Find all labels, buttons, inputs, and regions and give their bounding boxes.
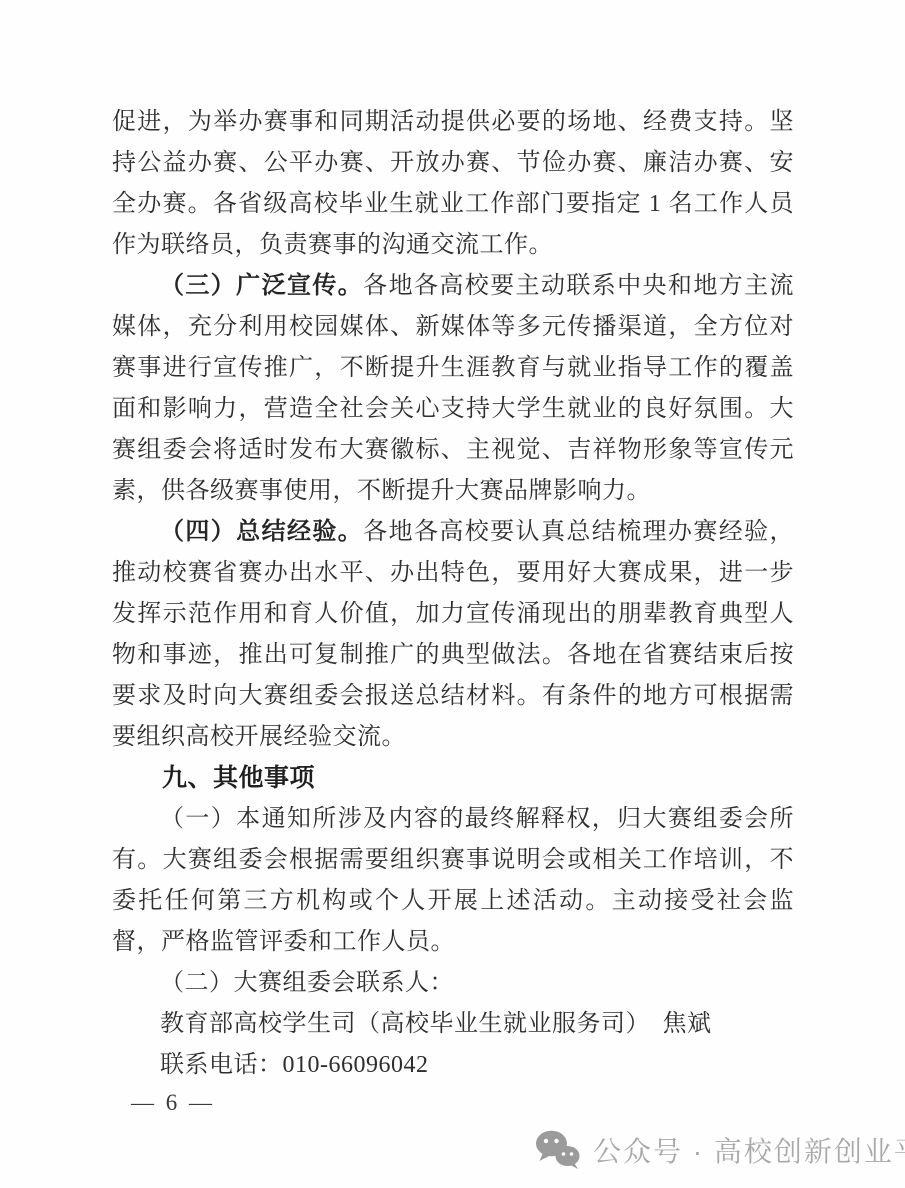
- paragraph-text: 各地各高校要主动联系中央和地方主流媒体，充分利用校园媒体、新媒体等多元传播渠道，…: [112, 273, 794, 504]
- paragraph-text: （二）大赛组委会联系人：: [160, 970, 454, 996]
- paragraph-text: （一）本通知所涉及内容的最终解释权，归大赛组委会所有。大赛组委会根据需要组织赛事…: [112, 806, 794, 955]
- paragraph-text: 联系电话：010-66096042: [160, 1052, 429, 1078]
- page-number: — 6 —: [131, 1090, 215, 1116]
- paragraph-text: 各地各高校要认真总结梳理办赛经验，推动校赛省赛办出水平、办出特色，要用好大赛成果…: [112, 519, 794, 750]
- section-heading: 九、其他事项: [112, 758, 794, 799]
- paragraph-item-1: （一）本通知所涉及内容的最终解释权，归大赛组委会所有。大赛组委会根据需要组织赛事…: [112, 799, 794, 963]
- contact-name-line: 教育部高校学生司（高校毕业生就业服务司） 焦斌: [112, 1004, 794, 1045]
- paragraph-item-2: （二）大赛组委会联系人：: [112, 963, 794, 1004]
- paragraph-item-3: （三）广泛宣传。各地各高校要主动联系中央和地方主流媒体，充分利用校园媒体、新媒体…: [112, 266, 794, 512]
- paragraph-item-4: （四）总结经验。各地各高校要认真总结梳理办赛经验，推动校赛省赛办出水平、办出特色…: [112, 512, 794, 758]
- wechat-icon: [534, 1130, 581, 1170]
- contact-phone-line: 联系电话：010-66096042: [112, 1045, 794, 1086]
- document-page: 促进，为举办赛事和同期活动提供必要的场地、经费支持。坚持公益办赛、公平办赛、开放…: [0, 0, 905, 1188]
- paragraph-lead: （三）广泛宣传。: [160, 273, 363, 299]
- watermark: 公众号 · 高校创新创业平台: [534, 1128, 905, 1172]
- paragraph-lead: （四）总结经验。: [160, 519, 363, 545]
- paragraph-continuation: 促进，为举办赛事和同期活动提供必要的场地、经费支持。坚持公益办赛、公平办赛、开放…: [112, 102, 794, 266]
- watermark-text: 公众号 · 高校创新创业平台: [593, 1130, 905, 1170]
- document-body: 促进，为举办赛事和同期活动提供必要的场地、经费支持。坚持公益办赛、公平办赛、开放…: [112, 102, 794, 1086]
- paragraph-text: 促进，为举办赛事和同期活动提供必要的场地、经费支持。坚持公益办赛、公平办赛、开放…: [112, 109, 794, 258]
- paragraph-text: 教育部高校学生司（高校毕业生就业服务司） 焦斌: [160, 1011, 712, 1037]
